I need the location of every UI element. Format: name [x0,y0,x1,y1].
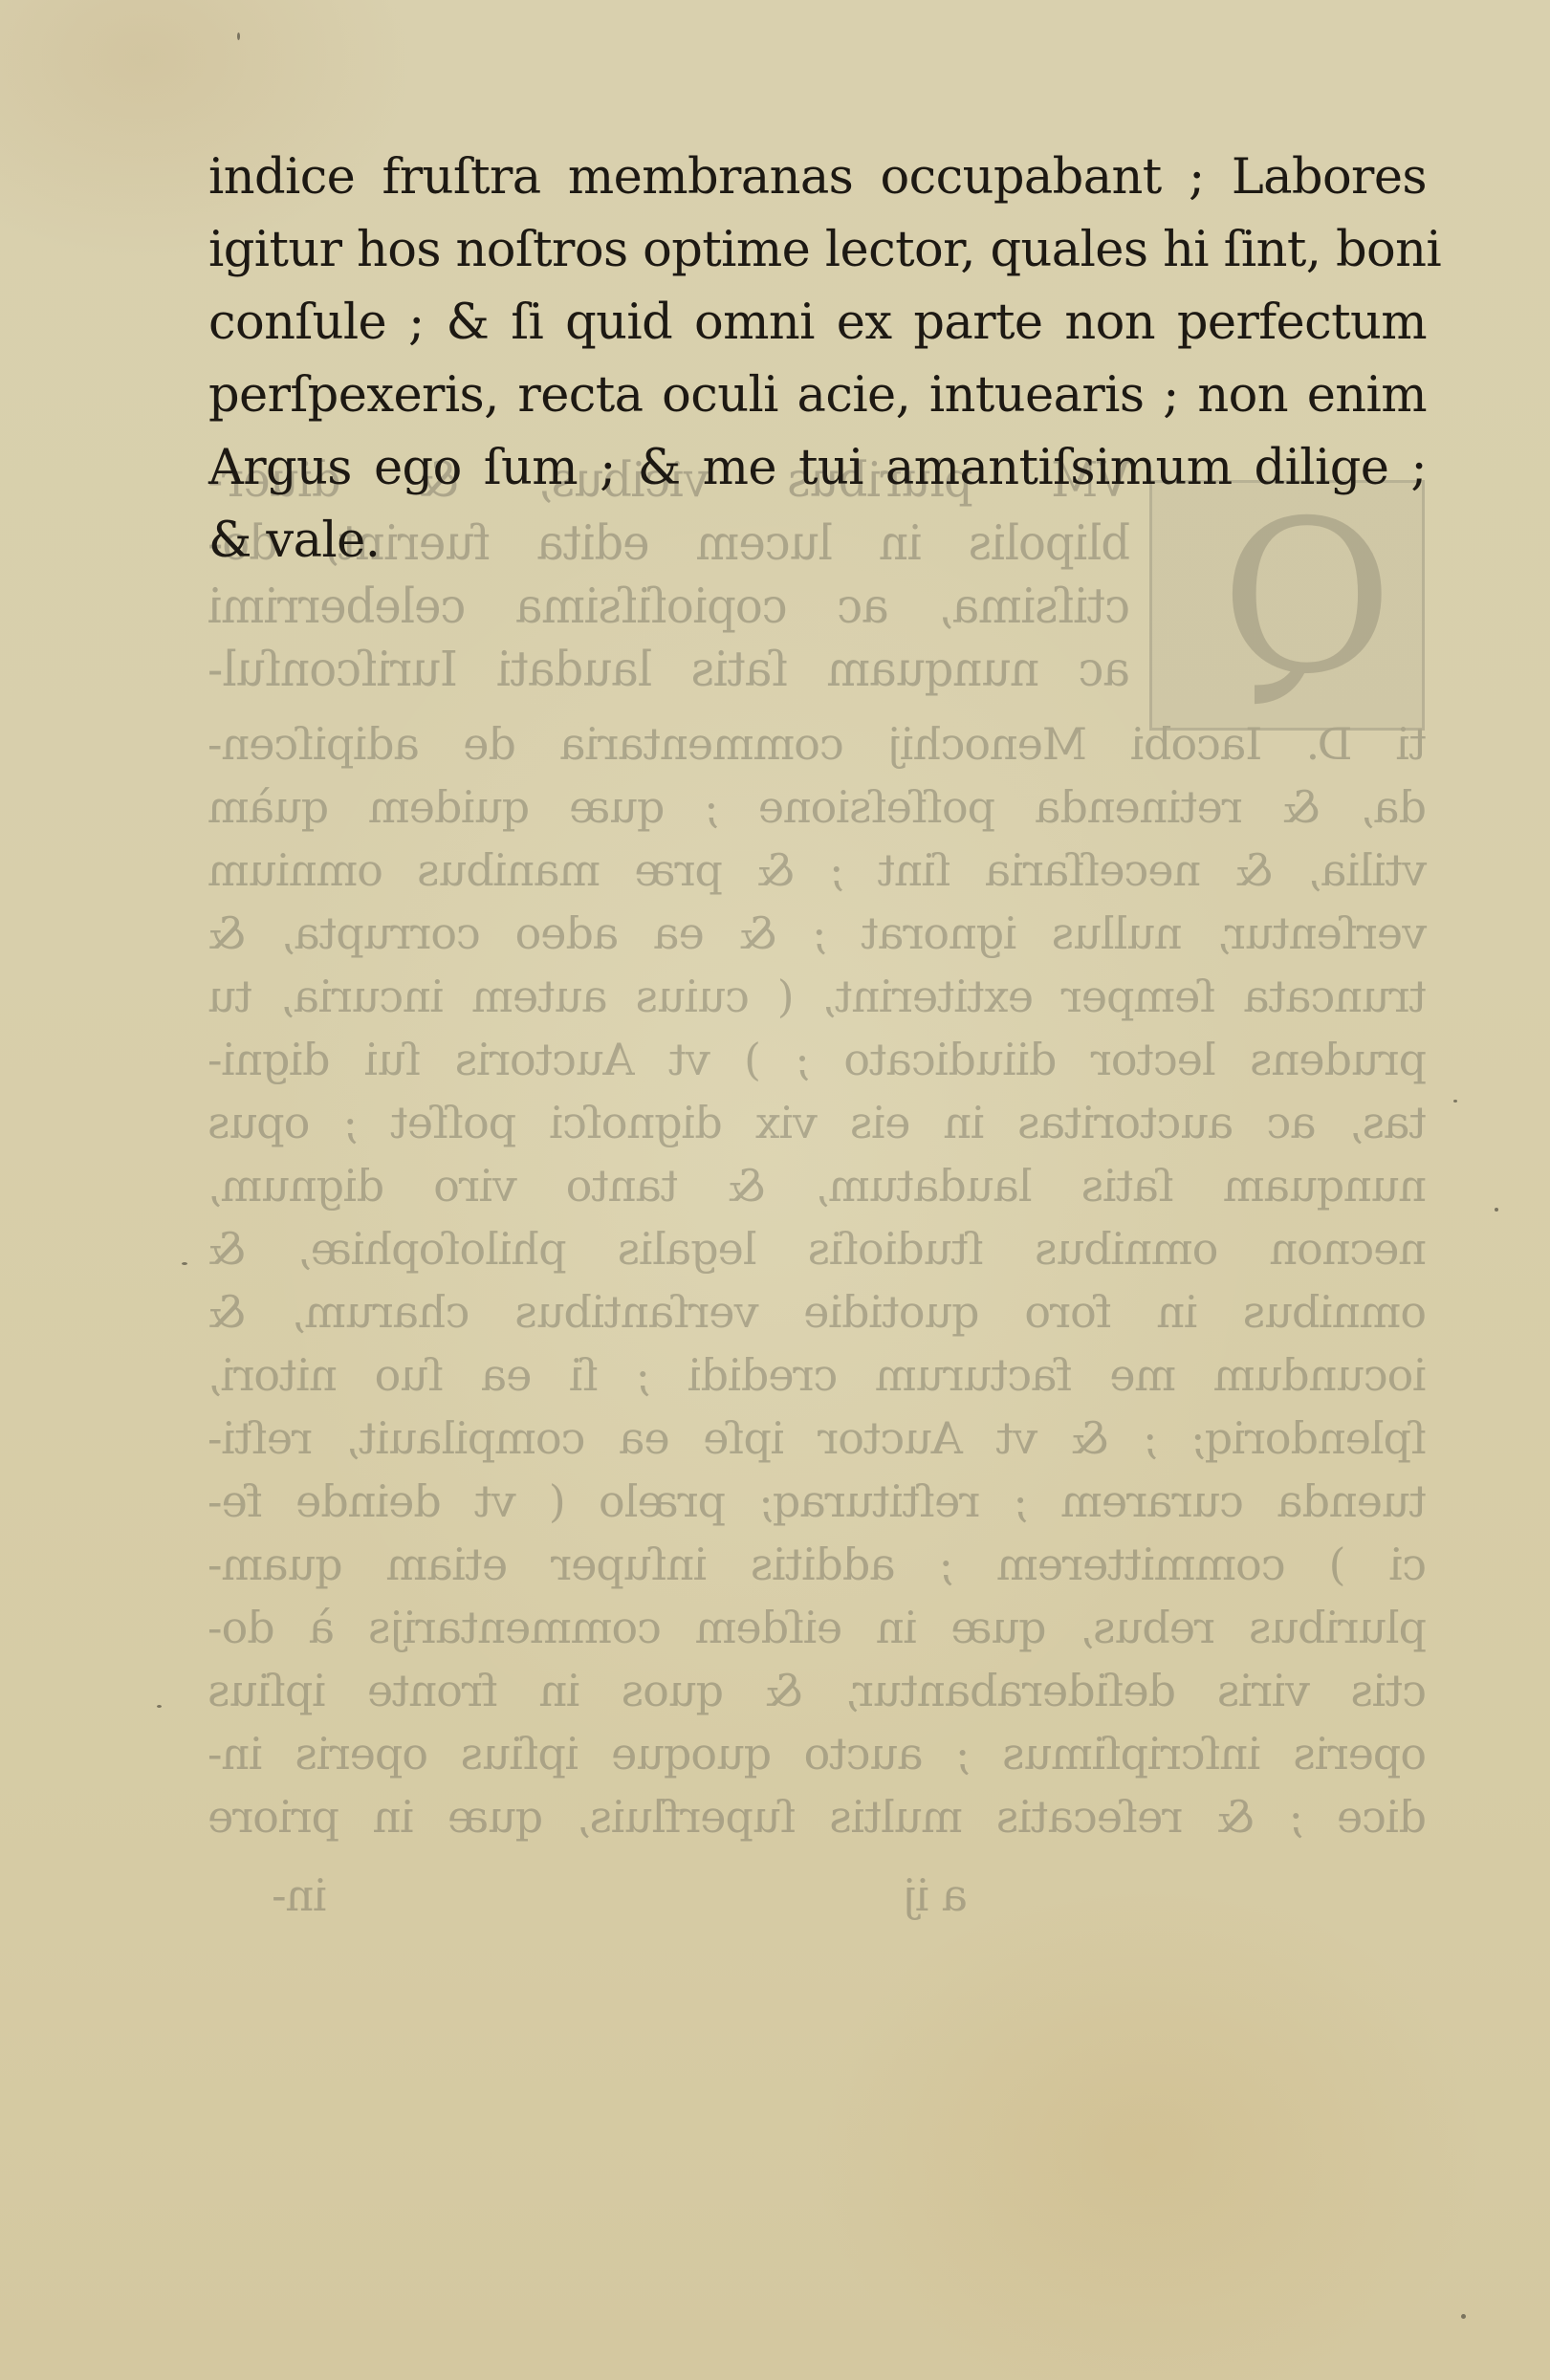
bleed-line: iocundum me facturum credidi ; ſi ea ſuo… [208,1344,1427,1406]
paper-speck [1495,1208,1498,1212]
text-line: Argus ego ſum ; & me tui amantiſsimum di… [208,432,1427,505]
bleed-line: omnibus in foro quotidie verſantibus cha… [208,1281,1427,1343]
bleed-line: tas, ac auctoritas in eis vix dignoſci p… [208,1092,1427,1153]
bleed-line: ci ) committerem ; additis inſuper etiam… [208,1534,1427,1595]
bleed-line: da, & retinenda poſſeſsione ; quæ quidem… [208,776,1427,838]
text-line: & vale. [208,505,1427,578]
main-text-block: indice fruſtra membranas occupabant ; La… [208,142,1427,578]
bleed-line: ctis viris deſiderabantur, & quos in fro… [208,1660,1427,1721]
bleed-line: ſplendoriq; ; & vt Auctor ipſe ea compil… [208,1408,1427,1469]
text-line: conſule ; & ſi quid omni ex parte non pe… [208,287,1427,360]
book-page: Q VM pluribus vicibus, & diuer- blipolis… [0,0,1550,2380]
bleed-line: vtilia, & neceſſaria ſint ; & præ manibu… [208,840,1427,901]
paper-speck [237,33,240,40]
text-line: indice fruſtra membranas occupabant ; La… [208,142,1427,214]
paper-speck [157,1705,162,1708]
paper-speck [1461,2314,1466,2319]
bleed-line: verſentur, nullus ignorat ; & ea adeo co… [208,903,1427,964]
bleed-through-text: Q VM pluribus vicibus, & diuer- blipolis… [208,449,1427,2171]
text-line: perſpexeris, recta oculi acie, intuearis… [208,360,1427,432]
bleed-short-line: ac nunquam ſatis laudati Iuriſconſul- [208,637,1130,701]
bleed-line: pluribus rebus, quæ in eiſdem commentari… [208,1597,1427,1658]
bleed-short-line: ctiſsima, ac copioſiſsima celeberrimi [208,574,1130,638]
bleed-line: truncata ſemper extiterint, ( cuius aute… [208,966,1427,1027]
bleed-line: nunquam ſatis laudatum, & tanto viro dig… [208,1155,1427,1216]
paper-speck [182,1262,187,1265]
bleed-line: prudens lector diiudicato ; ) vt Auctori… [208,1029,1427,1090]
bleed-line: necnon omnibus ſtudioſis legalis philoſo… [208,1218,1427,1279]
bleed-line: ti D. Iacobi Menochij commentaria de adi… [208,713,1427,775]
bleed-line: tuenda curarem ; reſtituraq; prælo ( vt … [208,1471,1427,1532]
paper-speck [1453,1100,1457,1103]
bleed-line: operis inſcripſimus ; aucto quoque ipſiu… [208,1723,1427,1784]
text-line: igitur hos noſtros optime lector, quales… [208,214,1427,287]
bleed-line: dice ; & reſecatis multis ſuperfluis, qu… [208,1786,1427,1847]
catchword: in- [273,1865,327,1926]
